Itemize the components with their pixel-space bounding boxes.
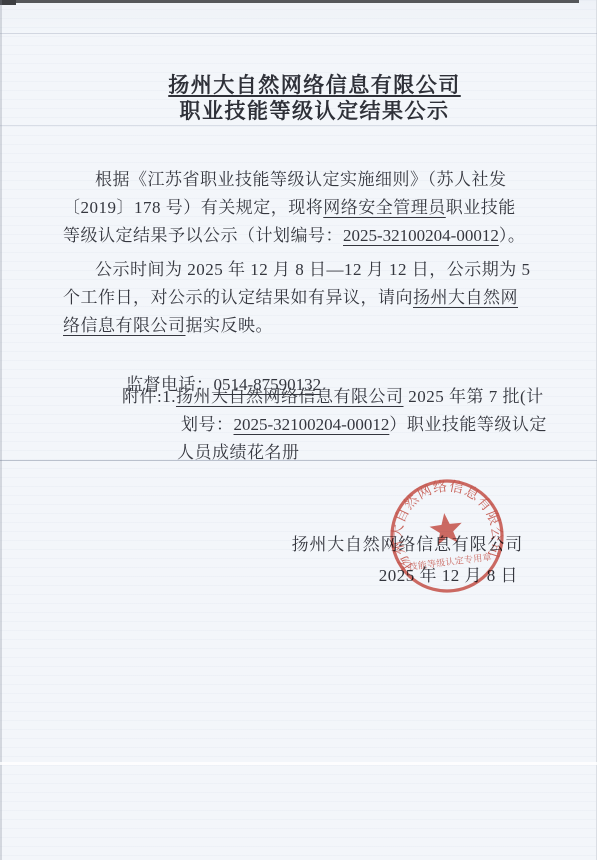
- underlined-plan-number: 2025-32100204-00012: [234, 415, 390, 434]
- page-right-margin-strip: [596, 0, 603, 860]
- scanned-document-page: 扬州大自然网络信息有限公司 职业技能等级认定结果公示 根据《江苏省职业技能等级认…: [0, 0, 603, 860]
- seal-bottom-text: 技能等级认定专用章: [408, 551, 492, 572]
- underlined-company-part2: 络信息有限公司: [63, 316, 186, 335]
- title-subject: 职业技能等级认定结果公示: [16, 98, 603, 124]
- title-company-name: 扬州大自然网络信息有限公司: [16, 72, 603, 98]
- underlined-occupation: 网络安全管理员: [323, 198, 446, 217]
- text-line: 划号：2025-32100204-00012）职业技能等级认定: [181, 411, 583, 439]
- paragraph-legal-basis: 根据《江苏省职业技能等级认定实施细则》（苏人社发 〔2019〕178 号）有关规…: [63, 166, 573, 250]
- text-line: 人员成绩花名册: [177, 439, 583, 467]
- text-line: 络信息有限公司据实反映。: [63, 312, 573, 340]
- paragraph-publicity-period: 公示时间为 2025 年 12 月 8 日—12 月 12 日，公示期为 5 个…: [63, 256, 573, 340]
- scanner-corner-artifact: [0, 0, 16, 5]
- seal-star-icon: [428, 511, 464, 546]
- scan-streak-line: [0, 125, 597, 126]
- scan-streak-line: [0, 762, 597, 765]
- text-line: 〔2019〕178 号）有关规定，现将网络安全管理员职业技能: [63, 194, 573, 222]
- document-title: 扬州大自然网络信息有限公司 职业技能等级认定结果公示: [16, 72, 603, 124]
- underlined-company-part1: 扬州大自然网: [413, 288, 518, 307]
- company-seal-stamp: 扬州大自然网络信息有限公司 技能等级认定专用章: [378, 467, 516, 605]
- text-line: 个工作日，对公示的认定结果如有异议，请向扬州大自然网: [63, 284, 573, 312]
- attachment-label: 附件:1.: [122, 387, 176, 406]
- text-line: 公示时间为 2025 年 12 月 8 日—12 月 12 日，公示期为 5: [63, 256, 573, 284]
- underlined-company-name: 扬州大自然网络信息有限公司: [176, 387, 404, 406]
- text-line: 附件:1.扬州大自然网络信息有限公司 2025 年第 7 批(计: [122, 383, 583, 411]
- text-line: 根据《江苏省职业技能等级认定实施细则》（苏人社发: [63, 166, 573, 194]
- scanner-left-edge-artifact: [0, 0, 2, 860]
- attachment-section: 附件:1.扬州大自然网络信息有限公司 2025 年第 7 批(计 划号：2025…: [63, 383, 583, 467]
- underlined-plan-number: 2025-32100204-00012: [343, 226, 499, 245]
- scan-streak-line: [0, 33, 597, 34]
- scanner-top-edge-artifact: [5, 0, 579, 3]
- text-line: 等级认定结果予以公示（计划编号：2025-32100204-00012）。: [63, 222, 573, 250]
